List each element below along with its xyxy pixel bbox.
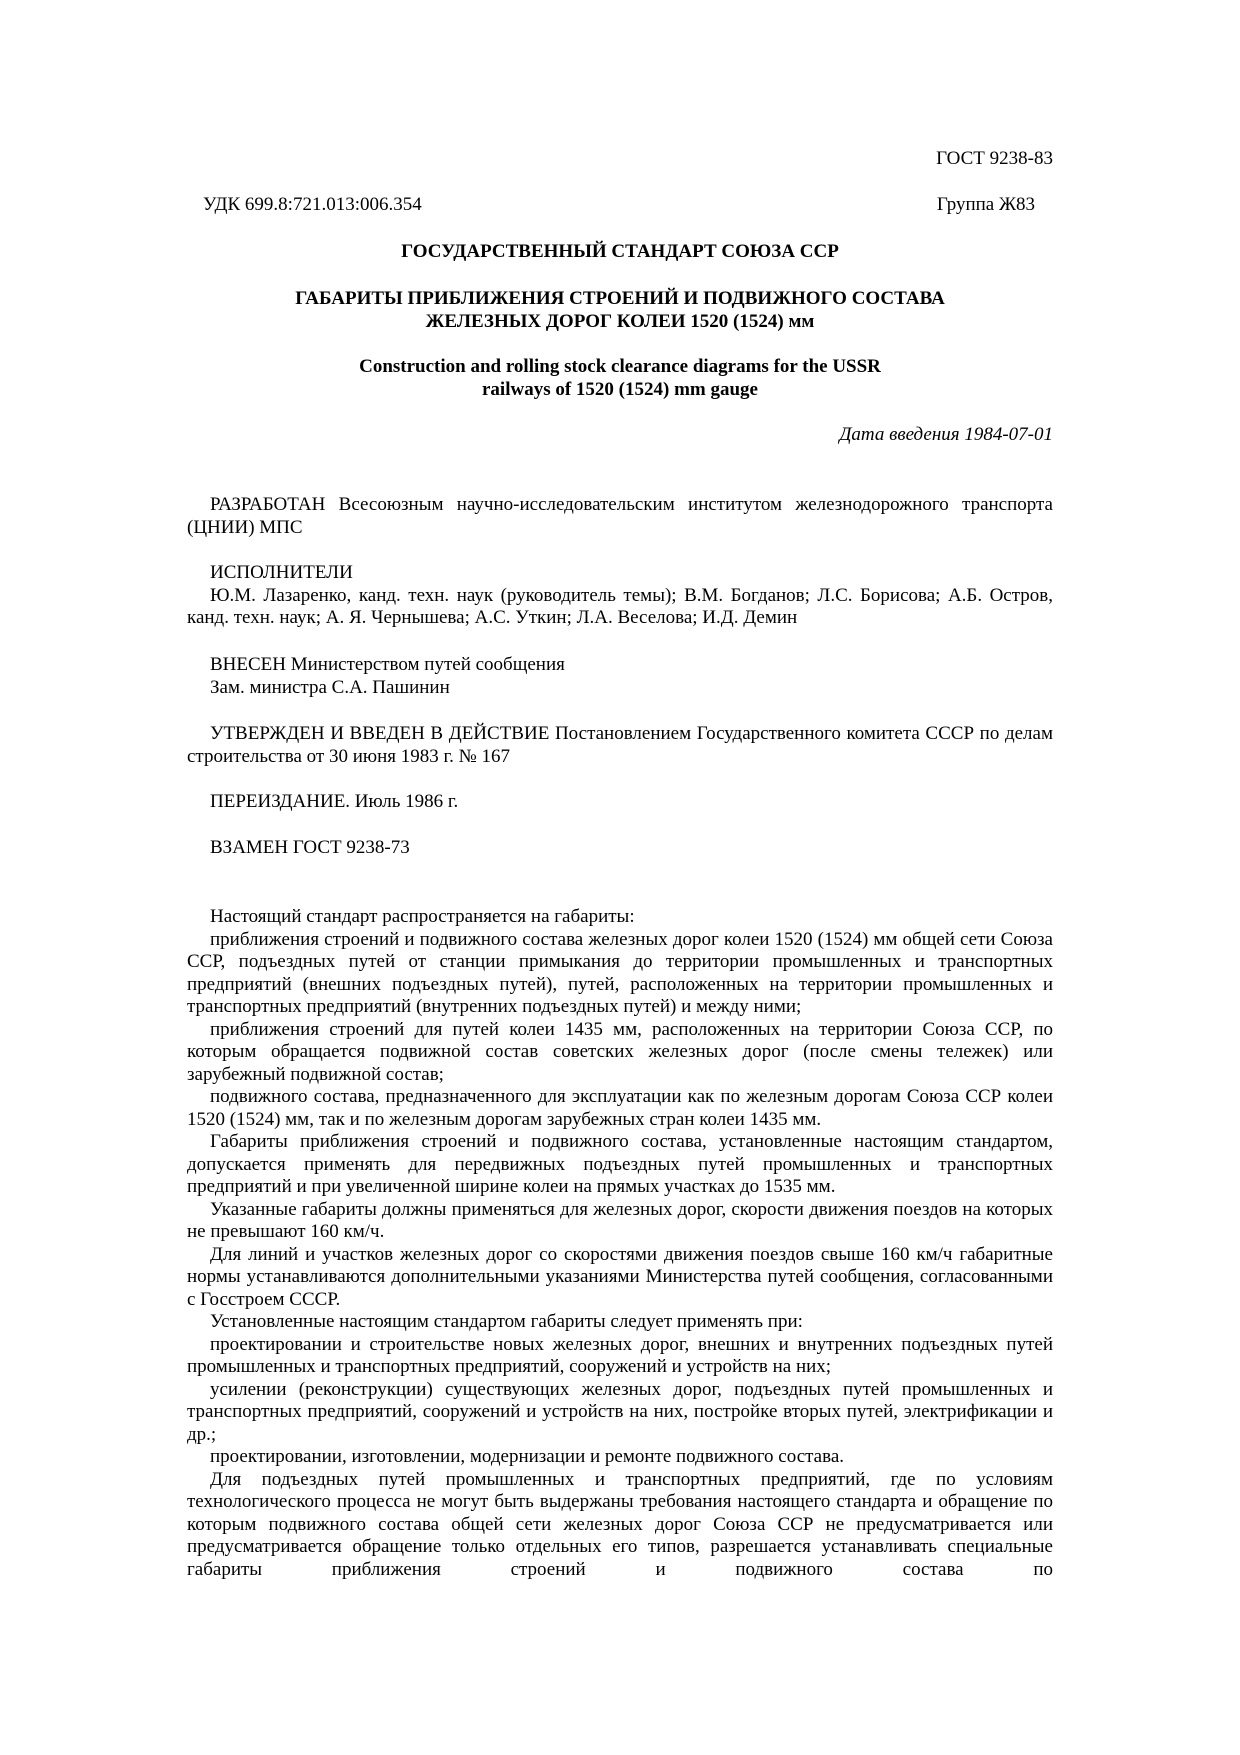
- introduced-section: ВНЕСЕН Министерством путей сообщения Зам…: [187, 654, 1053, 699]
- reissue-text: ПЕРЕИЗДАНИЕ. Июль 1986 г.: [187, 791, 1053, 814]
- replaces-section: ВЗАМЕН ГОСТ 9238-73: [187, 837, 1053, 860]
- standard-number: ГОСТ 9238-83: [936, 148, 1053, 170]
- body-paragraph: подвижного состава, предназначенного для…: [187, 1086, 1053, 1131]
- body-text: Настоящий стандарт распространяется на г…: [187, 906, 1053, 1581]
- udk-code: УДК 699.8:721.013:006.354: [203, 194, 422, 216]
- developed-text: РАЗРАБОТАН Всесоюзным научно-исследовате…: [187, 494, 1053, 539]
- approved-section: УТВЕРЖДЕН И ВВЕДЕН В ДЕЙСТВИЕ Постановле…: [187, 723, 1053, 768]
- deputy-minister: Зам. министра С.А. Пашинин: [187, 677, 1053, 700]
- body-paragraph: Для подъездных путей промышленных и тран…: [187, 1469, 1053, 1582]
- body-paragraph: Настоящий стандарт распространяется на г…: [187, 906, 1053, 929]
- title-english-line-2: railways of 1520 (1524) mm gauge: [187, 379, 1053, 402]
- body-paragraph: проектировании, изготовлении, модернизац…: [187, 1446, 1053, 1469]
- title-english-line-1: Construction and rolling stock clearance…: [187, 356, 1053, 379]
- group-code: Группа Ж83: [937, 194, 1035, 216]
- effective-date: Дата введения 1984-07-01: [839, 424, 1053, 446]
- approved-text: УТВЕРЖДЕН И ВВЕДЕН В ДЕЙСТВИЕ Постановле…: [187, 723, 1053, 768]
- body-paragraph: Указанные габариты должны применяться дл…: [187, 1199, 1053, 1244]
- body-paragraph: приближения строений и подвижного состав…: [187, 929, 1053, 1019]
- title-russian: ГАБАРИТЫ ПРИБЛИЖЕНИЯ СТРОЕНИЙ И ПОДВИЖНО…: [187, 288, 1053, 333]
- title-russian-line-2: ЖЕЛЕЗНЫХ ДОРОГ КОЛЕИ 1520 (1524) мм: [187, 311, 1053, 334]
- performers-label: ИСПОЛНИТЕЛИ: [187, 562, 1053, 585]
- reissue-section: ПЕРЕИЗДАНИЕ. Июль 1986 г.: [187, 791, 1053, 814]
- introduced-text: ВНЕСЕН Министерством путей сообщения: [187, 654, 1053, 677]
- body-paragraph: приближения строений для путей колеи 143…: [187, 1019, 1053, 1087]
- body-paragraph: Установленные настоящим стандартом габар…: [187, 1311, 1053, 1334]
- state-standard-heading: ГОСУДАРСТВЕННЫЙ СТАНДАРТ СОЮЗА ССР: [187, 241, 1053, 264]
- body-paragraph: усилении (реконструкции) существующих же…: [187, 1379, 1053, 1447]
- title-russian-line-1: ГАБАРИТЫ ПРИБЛИЖЕНИЯ СТРОЕНИЙ И ПОДВИЖНО…: [187, 288, 1053, 311]
- body-paragraph: Габариты приближения строений и подвижно…: [187, 1131, 1053, 1199]
- replaces-text: ВЗАМЕН ГОСТ 9238-73: [187, 837, 1053, 860]
- title-english: Construction and rolling stock clearance…: [187, 356, 1053, 401]
- body-paragraph: проектировании и строительстве новых жел…: [187, 1334, 1053, 1379]
- body-paragraph: Для линий и участков железных дорог со с…: [187, 1244, 1053, 1312]
- performers-section: ИСПОЛНИТЕЛИ Ю.М. Лазаренко, канд. техн. …: [187, 562, 1053, 630]
- performers-list: Ю.М. Лазаренко, канд. техн. наук (руково…: [187, 585, 1053, 630]
- developed-by: РАЗРАБОТАН Всесоюзным научно-исследовате…: [187, 494, 1053, 539]
